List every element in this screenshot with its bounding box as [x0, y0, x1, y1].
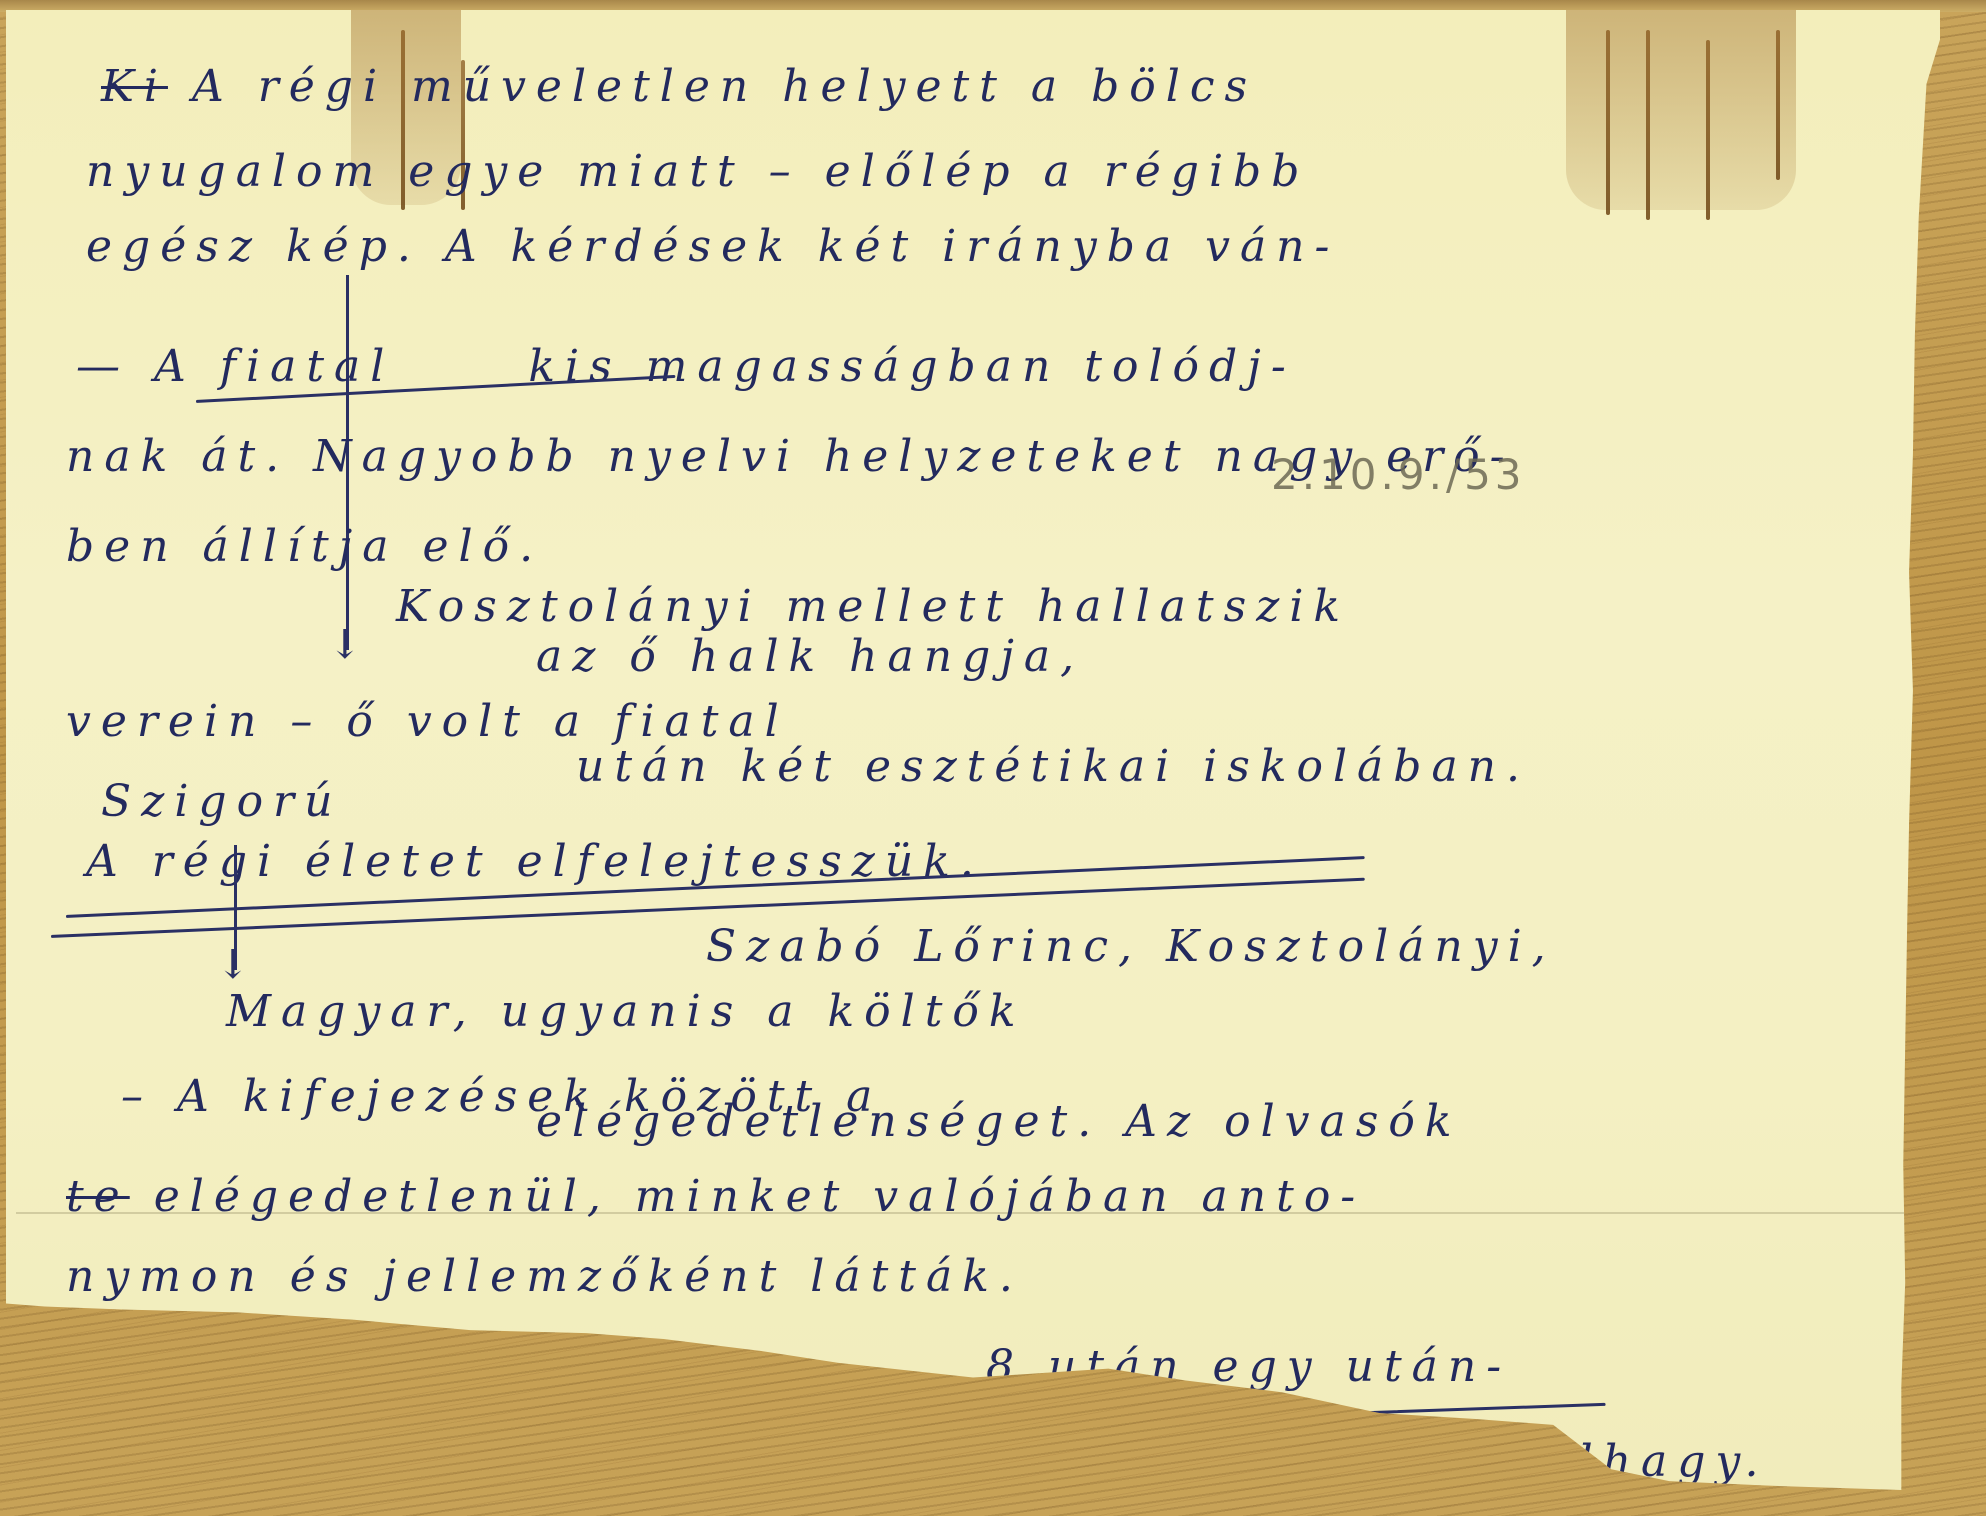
- handwritten-line: nagy elhagy.: [1371, 1440, 1768, 1484]
- underlined-phrase: A fiatal: [154, 341, 394, 392]
- handwritten-line: Magyar, ugyanis a költők: [226, 990, 1026, 1034]
- handwritten-line: az ő halk hangja,: [536, 635, 1084, 679]
- struck-out-word: te: [66, 1171, 130, 1222]
- handwritten-line: lenne: [606, 1405, 779, 1449]
- stain-line: [1706, 40, 1710, 220]
- handwritten-line: ben állítja elő.: [66, 525, 543, 569]
- underline: [886, 1403, 1606, 1431]
- handwritten-line: — A fiatal kis magasságban tolódj-: [76, 345, 1296, 389]
- stain-drip-right: [1566, 10, 1796, 210]
- handwritten-line: Kosztolányi mellett hallatszik: [396, 585, 1350, 629]
- handwritten-line: egész kép. A kérdések két irányba ván-: [86, 225, 1339, 269]
- double-underlined-heading: A régi életet elfelejtesszük.: [86, 840, 984, 884]
- handwritten-line: 8 után egy után-: [986, 1345, 1511, 1389]
- handwritten-line: verein – ő volt a fiatal: [66, 700, 789, 744]
- arrow-down-icon: ↓: [216, 945, 250, 985]
- handwritten-line: te elégedetlenül, minket valójában anto-: [66, 1175, 1365, 1219]
- stain-line: [1646, 30, 1650, 220]
- arrow-down-icon: ↓: [328, 625, 362, 665]
- stain-line: [1776, 30, 1780, 180]
- handwritten-line: Szigorú: [101, 780, 342, 824]
- handwritten-line: nymon és jellemzőként látták.: [66, 1255, 1023, 1299]
- handwritten-line: Ki A régi műveletlen helyett a bölcs: [101, 65, 1257, 109]
- handwritten-line: után két esztétikai iskolában.: [576, 745, 1530, 789]
- handwritten-line: elégedetlenséget. Az olvasók: [536, 1100, 1462, 1144]
- handwritten-line: nyugalom egye miatt – előlép a régibb: [86, 150, 1309, 194]
- handwritten-line: Szabó Lőrinc, Kosztolányi,: [706, 925, 1556, 969]
- handwritten-note-sheet: Ki A régi műveletlen helyett a bölcs nyu…: [6, 10, 1940, 1490]
- handwritten-line: gondolkodik a: [66, 1330, 510, 1374]
- archive-number: 2.10.9./53: [1271, 450, 1526, 499]
- stain-line: [1606, 30, 1610, 215]
- struck-out-word: Ki: [101, 61, 168, 112]
